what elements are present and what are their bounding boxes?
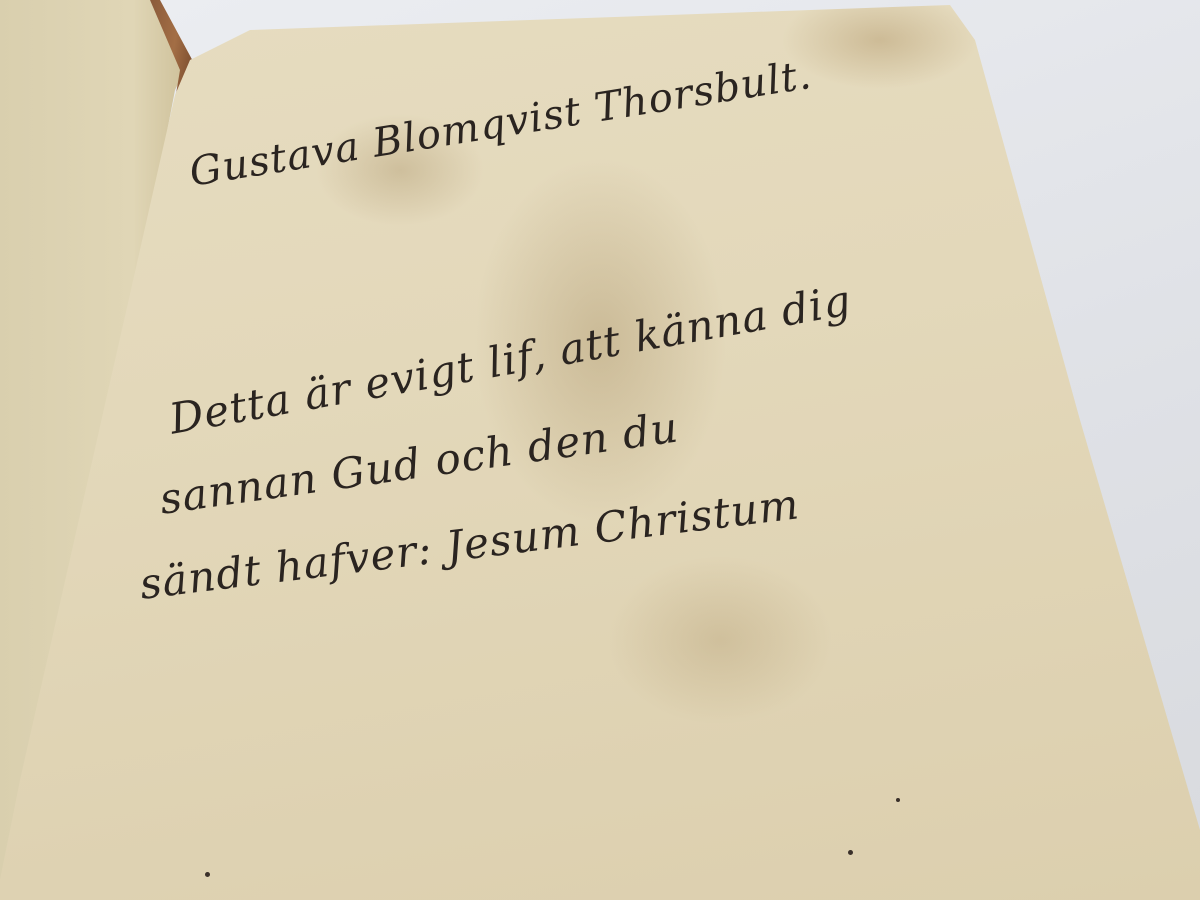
ink-speck [848,850,853,855]
ink-speck [205,872,210,877]
ink-speck [896,798,900,802]
verse-line: Detta är evigt lif, att känna dig [166,275,855,443]
owner-name-inscription: Gustava Blomqvist Thorsbult. [186,52,814,196]
